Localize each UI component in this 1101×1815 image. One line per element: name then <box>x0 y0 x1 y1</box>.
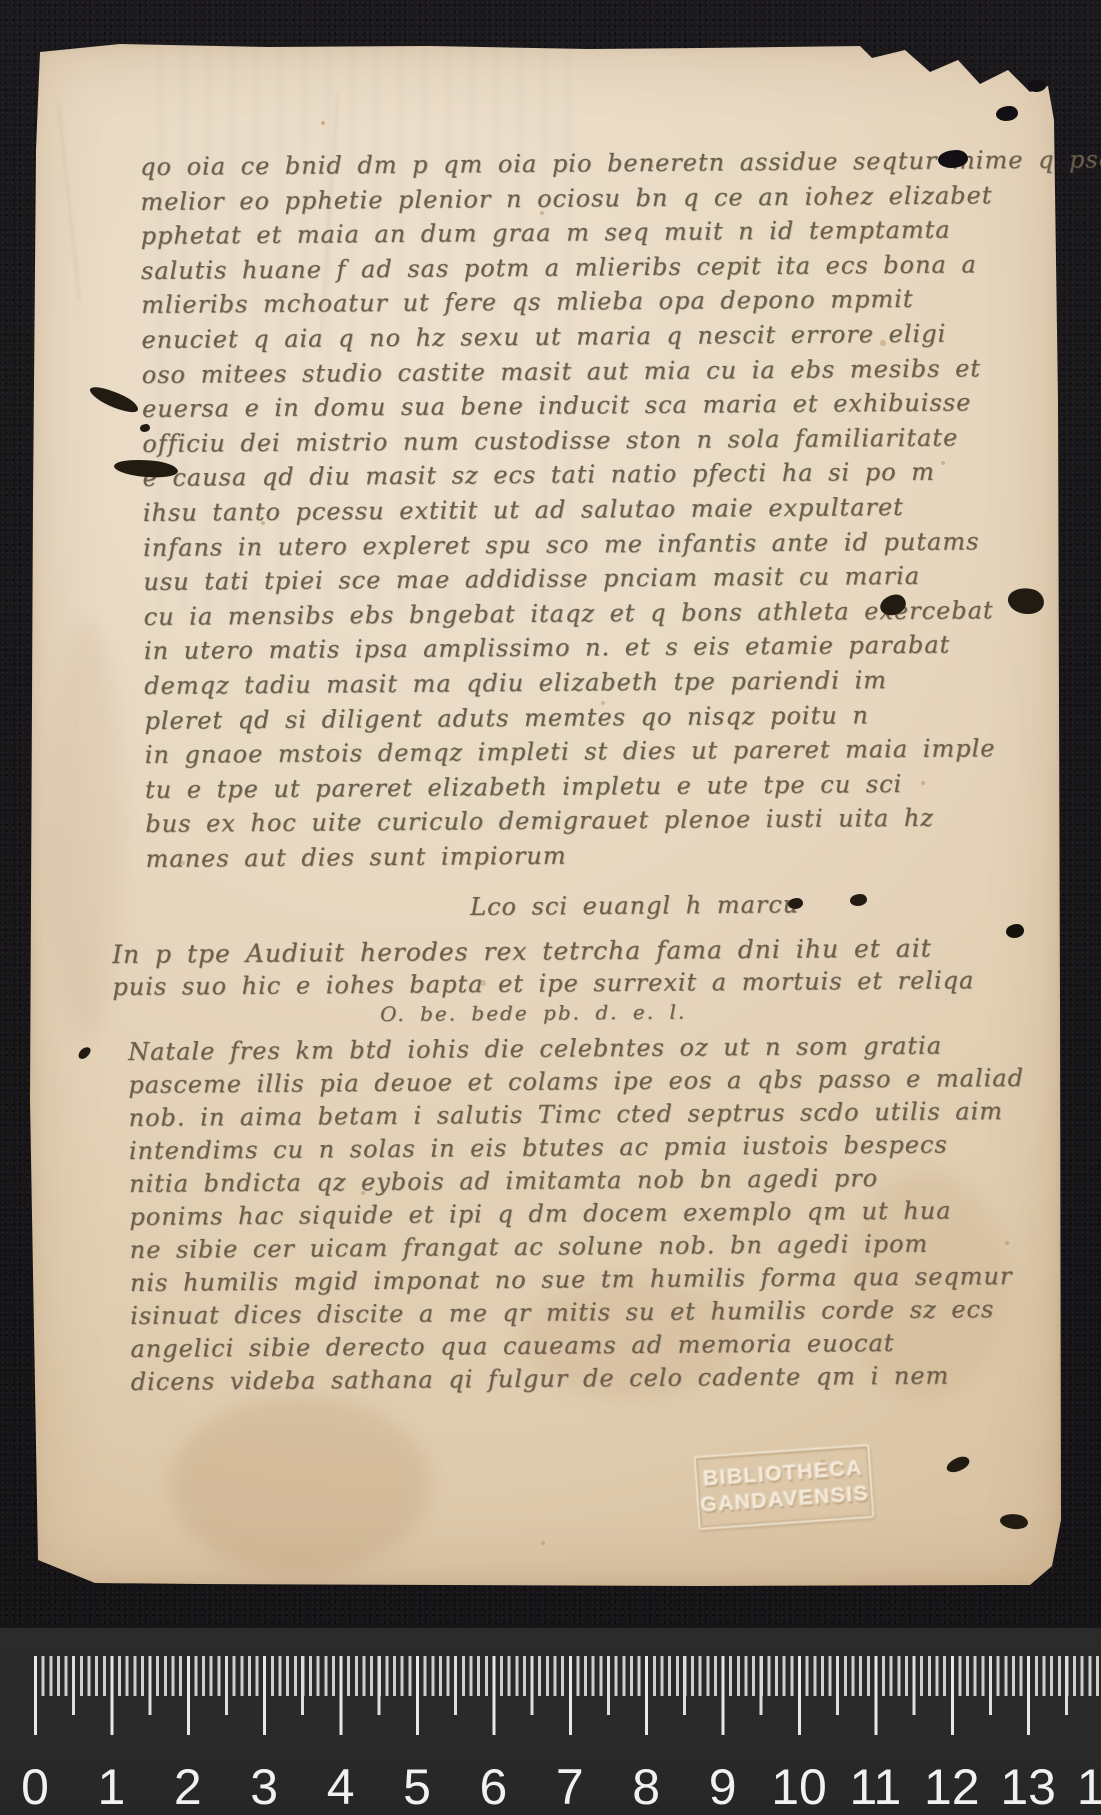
text-block-2: Natale fres km btd iohis die celebntes o… <box>128 1029 1026 1399</box>
ruler-number: 9 <box>709 1760 737 1815</box>
ruler-number: 11 <box>849 1760 901 1815</box>
stain <box>170 1398 430 1573</box>
ruler-number: 13 <box>1000 1760 1056 1815</box>
text-block-1: qo oia ce bnid dm p qm oia pio beneretn … <box>140 142 1101 876</box>
ruler-number: 3 <box>250 1760 278 1815</box>
homily-rubric: O. be. bede pb. d. e. l. <box>380 1000 686 1026</box>
ruler-number: 7 <box>556 1760 584 1815</box>
ruler-number: 0 <box>21 1760 49 1815</box>
manuscript-text-line: puis suo hic e iohes bapta et ipe surrex… <box>112 964 974 1004</box>
ruler-number: 6 <box>479 1760 507 1815</box>
ruler-number: 1 <box>97 1760 125 1815</box>
ruler-number: 4 <box>327 1760 355 1815</box>
foxing-speckles <box>0 0 2 2</box>
ruler-number: 14 <box>1077 1760 1101 1815</box>
ruler-number: 12 <box>924 1760 980 1815</box>
ruler-number: 10 <box>771 1760 827 1815</box>
manuscript-text-line: intendims cu n solas in eis btutes ac pm… <box>129 1128 1025 1168</box>
gospel-incipit-lines: In p tpe Audiuit herodes rex tetrcha fam… <box>112 931 974 1004</box>
ruler-number: 5 <box>403 1760 431 1815</box>
ruler: 01234567891011121314 <box>0 1628 1101 1815</box>
gospel-heading: Lco sci euangl h marcu <box>470 890 799 921</box>
page-crease <box>58 102 81 301</box>
library-embossed-stamp: BIBLIOTHECA GANDAVENSIS <box>694 1444 875 1530</box>
ruler-cm-ticks <box>34 1656 1101 1735</box>
ruler-number: 2 <box>174 1760 202 1815</box>
manuscript-text-line: dicens videba sathana qi fulgur de celo … <box>131 1359 1027 1399</box>
photo-canvas: { "photo": { "description": "Medieval ma… <box>0 0 1101 1815</box>
ruler-number: 8 <box>632 1760 660 1815</box>
